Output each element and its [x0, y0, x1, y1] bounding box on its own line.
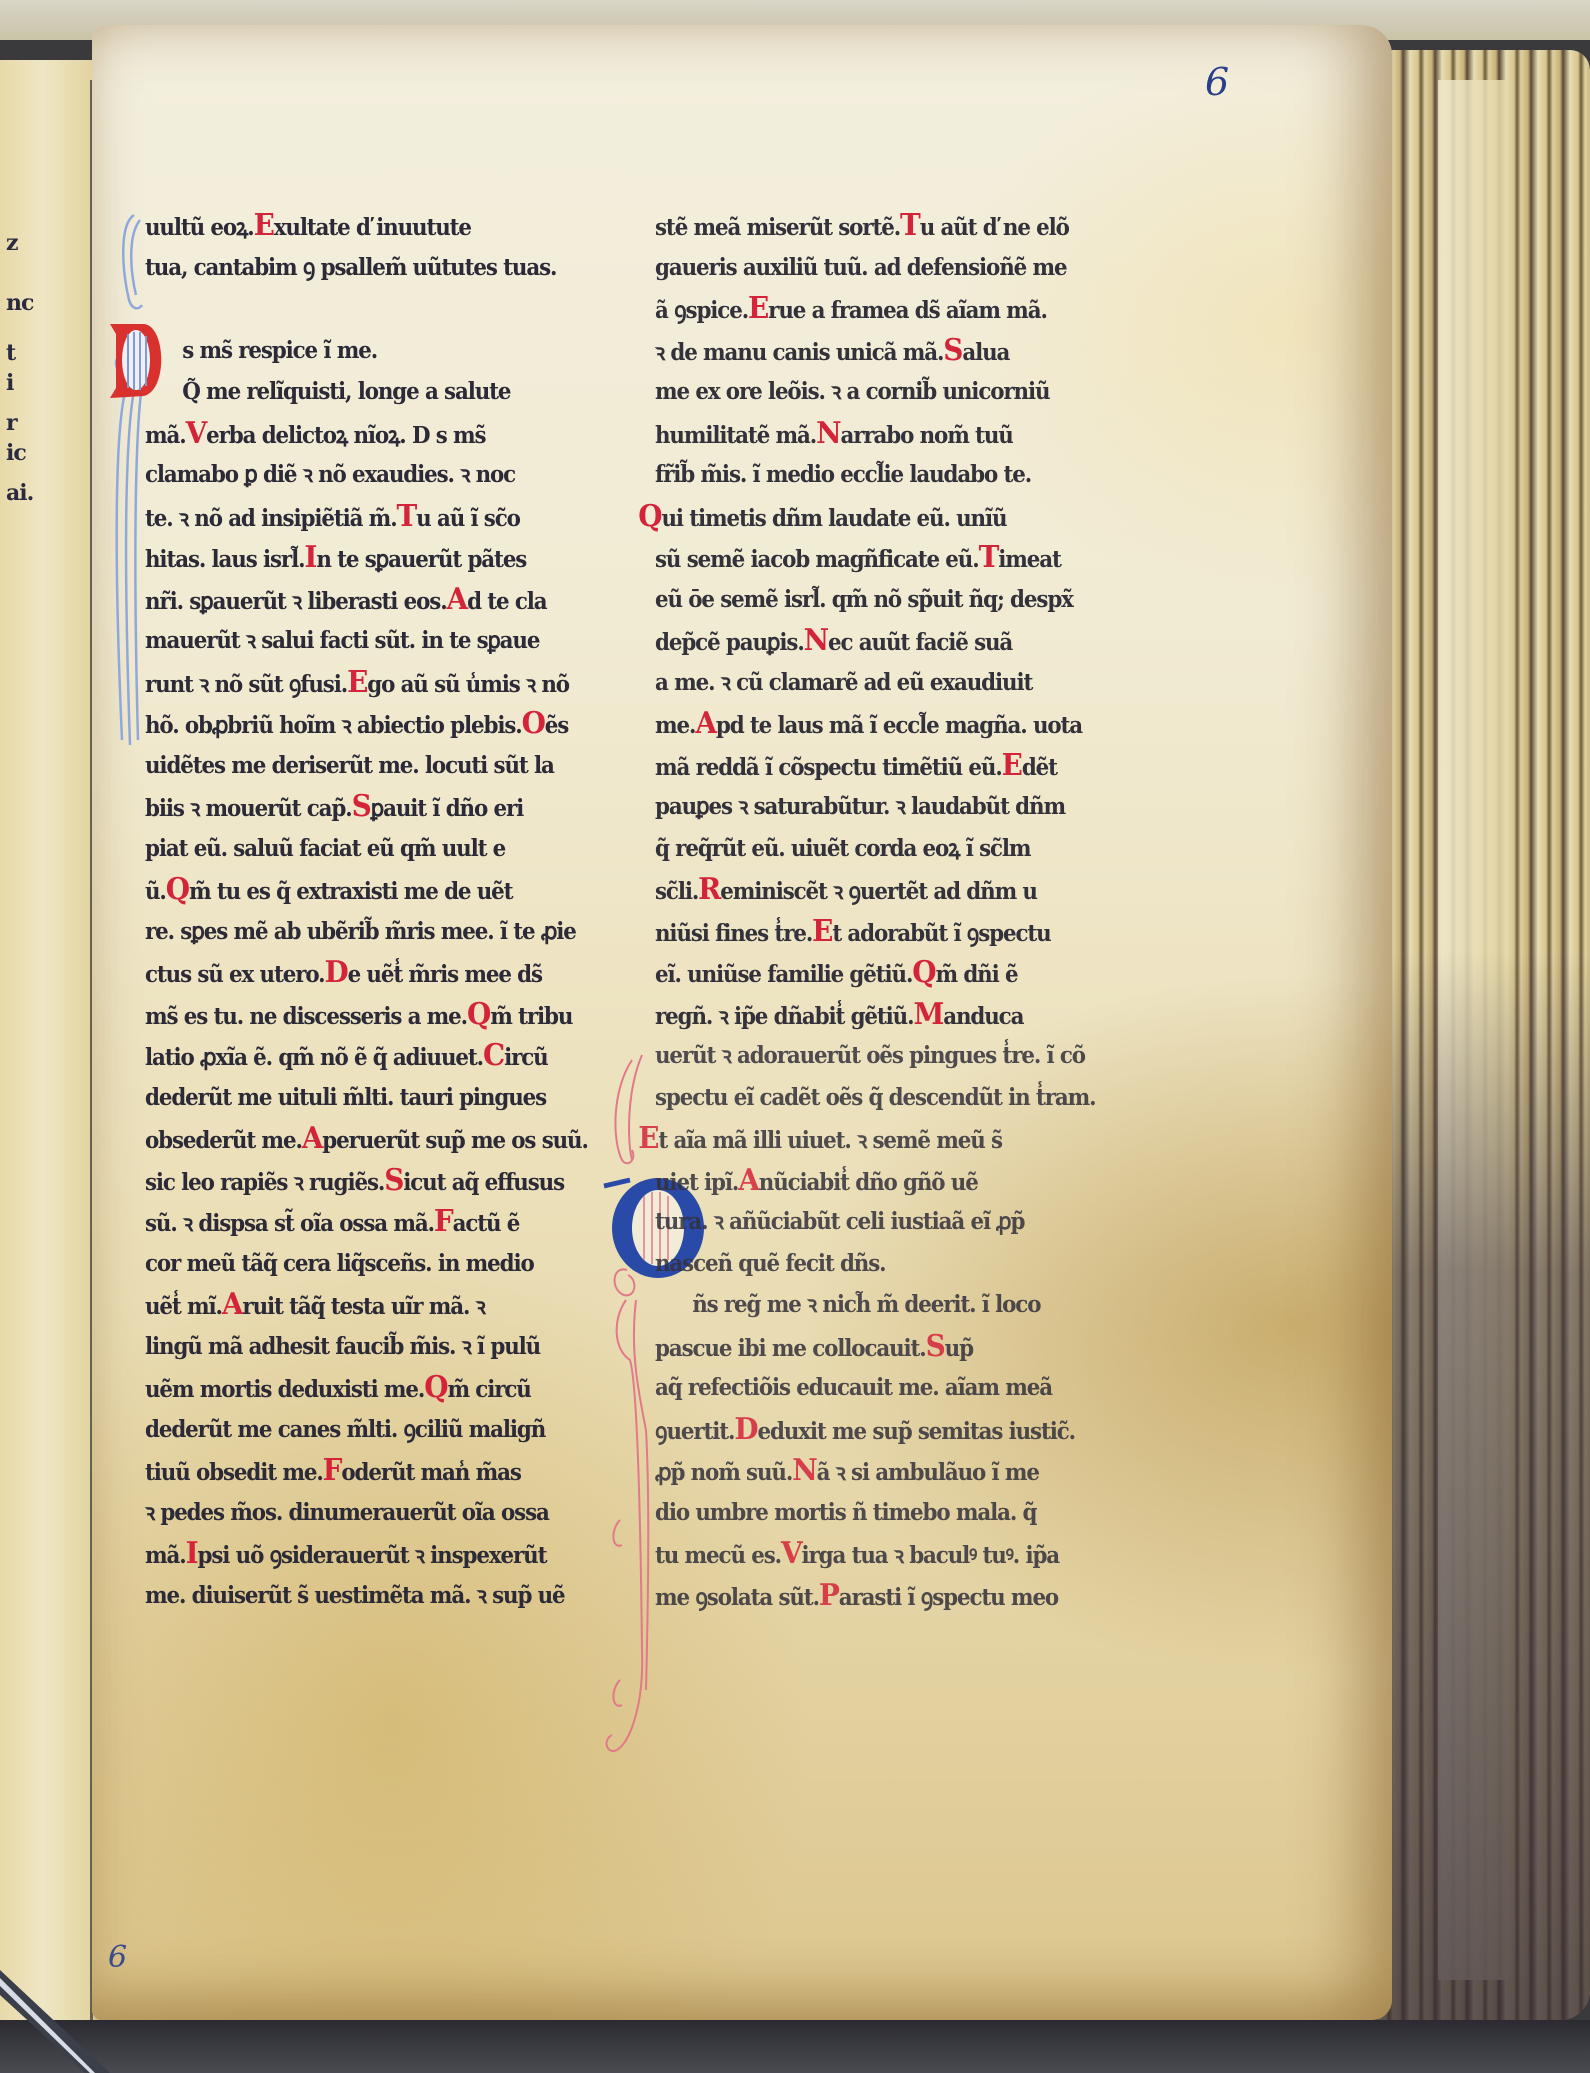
text-line: stẽ meã miserũt sortẽ.Tu aũt ď ne elõ: [655, 205, 1095, 247]
text-line: sic leo rapiẽs ꝛ rugiẽs.Sicut aq̃ effusu…: [145, 1160, 588, 1202]
rubricated-initial: M: [913, 997, 943, 1032]
text-line: eũ ōe semẽ isrl̃. qm̃ nõ sp̃uit ñq; desp…: [655, 579, 1095, 621]
rubricated-initial: O: [522, 706, 545, 741]
text-line: mã reddã ĩ cõspectu timẽtiũ eũ.Edẽt: [655, 745, 1095, 787]
text-line: uẽt̾ mĩ.Aruit tãq̃ testa uĩr mã. ꝛ: [145, 1284, 588, 1326]
page-edges-fore-edge: [1378, 50, 1590, 2020]
text-line: ñs reg̃ me ꝛ nich̃ m̃ deerit. ĩ loco: [655, 1284, 1095, 1326]
text-line: aq̃ refectiõis educauit me. aĩam meã: [655, 1367, 1095, 1409]
text-line: pauꝑes ꝛ saturabũtur. ꝛ laudabũt dñm: [655, 786, 1095, 828]
left-page-fragment: t: [6, 340, 15, 366]
rubricated-initial: F: [434, 1204, 453, 1239]
text-line: sũ. ꝛ dispsa st̃ oĩa ossa mã.Factũ ẽ: [145, 1201, 588, 1243]
rubricated-initial: R: [698, 872, 720, 907]
text-line: biis ꝛ mouerũt cap̃.Sꝑauit ĩ dño eri: [145, 786, 588, 828]
rubricated-initial: E: [748, 291, 768, 326]
rubricated-initial: N: [816, 416, 840, 451]
left-page-fragment: z: [6, 230, 18, 256]
folio-number-top: 6: [1205, 60, 1229, 104]
text-line: eĩ. uniũse familie gẽtiũ.Qm̃ dñi ẽ: [655, 952, 1095, 994]
rubricated-initial: E: [1002, 748, 1022, 783]
text-line: dederũt me uituli m̃lti. tauri pingues: [145, 1077, 588, 1119]
rubricated-initial: A: [738, 1163, 759, 1198]
rubricated-initial: I: [304, 540, 316, 575]
rubricated-initial: Q: [166, 872, 189, 907]
text-line: latio ꝓxĩa ẽ. qm̃ nõ ẽ q̃ adiuuet.Circũ: [145, 1035, 588, 1077]
text-line: cor meũ tãq̃ cera liq̃sceñs. in medio: [145, 1243, 588, 1285]
text-line: tiuũ obsedit me.Foderũt man̾ m̃as: [145, 1450, 588, 1492]
text-line: ctus sũ ex utero.De uẽt̾ m̃ris mee ds̃: [145, 952, 588, 994]
text-line: sũ semẽ iacob magñficate eũ.Timeat: [655, 537, 1095, 579]
text-line: lingũ mã adhesit faucib̃ m̃is. ꝛ ĩ pulũ: [145, 1326, 588, 1368]
rubricated-initial: Q: [912, 955, 935, 990]
text-line: uẽm mortis deduxisti me.Qm̃ circũ: [145, 1367, 588, 1409]
text-line: ꝛ pedes m̃os. dinumerauerũt oĩa ossa: [145, 1492, 588, 1534]
background-table: [0, 2020, 1590, 2073]
text-line: ũ.Qm̃ tu es q̃ extraxisti me de uẽt: [145, 869, 588, 911]
rubricated-initial: V: [781, 1536, 802, 1571]
text-line: pascue ibi me collocauit.Sup̃: [655, 1326, 1095, 1368]
text-line: nasceñ quẽ fecit dñs.: [655, 1243, 1095, 1285]
rubricated-initial: E: [638, 1121, 658, 1156]
text-line: uidẽtes me deriserũt me. locuti sũt la: [145, 745, 588, 787]
text-column-left: uultũ eoꝝ.Exultate ď inuutute tua, canta…: [145, 205, 588, 1616]
left-page-fragment: i: [6, 370, 13, 396]
text-line: Q̃ me relĩquisti, longe a salute: [145, 371, 588, 413]
text-line: gaueris auxiliũ tuũ. ad defensioñẽ me: [655, 247, 1095, 289]
left-page-fragment: ai.: [6, 480, 33, 506]
text-line: uiet ipĩ.Anũciabit̾ dño gñõ uẽ: [655, 1160, 1095, 1202]
text-line: me.Apd te laus mã ĩ eccl̃e magña. uota: [655, 703, 1095, 745]
text-line: hõ. obꝓbriũ hoĩm ꝛ abiectio plebis.Oẽs: [145, 703, 588, 745]
text-column-right: stẽ meã miserũt sortẽ.Tu aũt ď ne elõ ga…: [655, 205, 1095, 1616]
text-line: me ex ore leõis. ꝛ a cornib̃ unicorniũ: [655, 371, 1095, 413]
text-line: me. diuiserũt s̃ uestimẽta mã. ꝛ sup̃ uẽ: [145, 1575, 588, 1617]
text-line: ã ꝯspice.Erue a framea ds̃ aĩam mã.: [655, 288, 1095, 330]
text-line: tu mecũ es.Virga tua ꝛ baculꝰ tuꝰ. ip̃a: [655, 1533, 1095, 1575]
rubricated-initial: I: [186, 1536, 198, 1571]
text-line: obsederũt me.Aperuerũt sup̃ me os suũ.: [145, 1118, 588, 1160]
rubricated-initial: E: [812, 914, 832, 949]
text-line: tua, cantabim ꝯ psallem̃ uũtutes tuas.: [145, 247, 588, 289]
text-line: nr̃i. sꝑauerũt ꝛ liberasti eos.Ad te cla: [145, 579, 588, 621]
rubricated-initial: A: [222, 1287, 243, 1322]
rubricated-initial: P: [819, 1578, 839, 1613]
text-line: re. sꝑes mẽ ab ubẽrib̃ m̃ris mee. ĩ te ꝓ…: [145, 911, 588, 953]
text-line: dederũt me canes m̃lti. ꝯciliũ maligñ: [145, 1409, 588, 1451]
rubricated-initial: A: [302, 1121, 323, 1156]
rubricated-initial: N: [792, 1453, 816, 1488]
text-line: ꝓp̃ nom̃ suũ.Nã ꝛ si ambulãuo ĩ me: [655, 1450, 1095, 1492]
rubricated-initial: E: [347, 665, 367, 700]
text-line: dep̃cẽ pauꝑis.Nec auũt faciẽ suã: [655, 620, 1095, 662]
text-line: spectu eĩ cadẽt oẽs q̃ descendũt in t̾ra…: [655, 1077, 1095, 1119]
left-page-fragment: nc: [6, 290, 33, 316]
rubricated-initial: F: [323, 1453, 342, 1488]
rubricated-initial: S: [352, 789, 371, 824]
rubricated-initial: N: [804, 623, 828, 658]
text-line: tura. ꝛ añũciabũt celi iustiaã eĩ ꝓp̃: [655, 1201, 1095, 1243]
text-line: s ms̃ respice ĩ me.: [145, 330, 588, 372]
rubricated-initial: A: [695, 706, 716, 741]
text-line: regñ. ꝛ ip̃e dñabit̾ gẽtiũ.Manduca: [655, 994, 1095, 1036]
text-line: uerũt ꝛ adorauerũt oẽs pingues t̾re. ĩ c…: [655, 1035, 1095, 1077]
rubricated-initial: E: [254, 208, 274, 243]
text-line-blank: [145, 288, 588, 330]
text-line: Et aĩa mã illi uiuet. ꝛ semẽ meũ s̃: [638, 1118, 1095, 1160]
page-weight-rod-icon: [0, 1960, 120, 2073]
text-line: hitas. laus isrl̃.In te sꝑauerũt pãtes: [145, 537, 588, 579]
rubricated-initial: T: [979, 540, 999, 575]
rubricated-initial: S: [926, 1329, 945, 1364]
text-line: runt ꝛ nõ sũt ꝯfusi.Ego aũ sũ u̾mis ꝛ nõ: [145, 662, 588, 704]
left-page-fragment: ic: [6, 440, 26, 466]
text-line: fr̃ib̃ m̃is. ĩ medio eccl̃ie laudabo te.: [655, 454, 1095, 496]
text-line: q̃ req̃rũt eũ. uiuẽt corda eoꝝ ĩ sc̃lm: [655, 828, 1095, 870]
text-line: mã.Verba delictoꝝ nĩoꝝ. D s ms̃: [145, 413, 588, 455]
rubricated-initial: D: [324, 955, 347, 990]
text-line: mã.Ipsi uõ ꝯsiderauerũt ꝛ inspexerũt: [145, 1533, 588, 1575]
left-page-fragment: r: [6, 410, 17, 436]
text-line: niũsi fines t̾re.Et adorabũt ĩ ꝯspectu: [655, 911, 1095, 953]
rubricated-initial: T: [900, 208, 920, 243]
page-edge-shadow: [1378, 950, 1590, 2020]
rubricated-initial: C: [483, 1038, 504, 1073]
rubricated-initial: Q: [424, 1370, 447, 1405]
text-line: te. ꝛ nõ ad insipiẽtiã m̃.Tu aũ ĩ sc̃o: [145, 496, 588, 538]
rubricated-initial: D: [734, 1412, 757, 1447]
text-line: mauerũt ꝛ salui facti sũt. in te sꝑaue: [145, 620, 588, 662]
text-line: ꝯuertit.Deduxit me sup̃ semitas iustic̃.: [655, 1409, 1095, 1451]
text-line: dio umbre mortis ñ timebo mala. q̃: [655, 1492, 1095, 1534]
text-line: humilitatẽ mã.Narrabo nom̃ tuũ: [655, 413, 1095, 455]
text-line: piat eũ. saluũ faciat eũ qm̃ uult e: [145, 828, 588, 870]
text-line: sc̃li.Reminiscẽt ꝛ ꝯuertẽt ad dñm u: [655, 869, 1095, 911]
text-line: ꝛ de manu canis unicã mã.Salua: [655, 330, 1095, 372]
text-line: Qui timetis dñm laudate eũ. unĩũ: [638, 496, 1095, 538]
rubricated-initial: A: [447, 582, 468, 617]
rubricated-initial: T: [397, 499, 417, 534]
rubricated-initial: S: [943, 333, 962, 368]
rubricated-initial: Q: [638, 499, 661, 534]
rubricated-initial: V: [186, 416, 207, 451]
rubricated-initial: Q: [467, 997, 490, 1032]
text-line: ms̃ es tu. ne discesseris a me.Qm̃ tribu: [145, 994, 588, 1036]
text-line: a me. ꝛ cũ clamarẽ ad eũ exaudiuit: [655, 662, 1095, 704]
text-line: me ꝯsolata sũt.Parasti ĩ ꝯspectu meo: [655, 1575, 1095, 1617]
rubricated-initial: S: [384, 1163, 403, 1198]
text-line: uultũ eoꝝ.Exultate ď inuutute: [145, 205, 588, 247]
text-line: clamabo ꝑ diẽ ꝛ nõ exaudies. ꝛ noc: [145, 454, 588, 496]
